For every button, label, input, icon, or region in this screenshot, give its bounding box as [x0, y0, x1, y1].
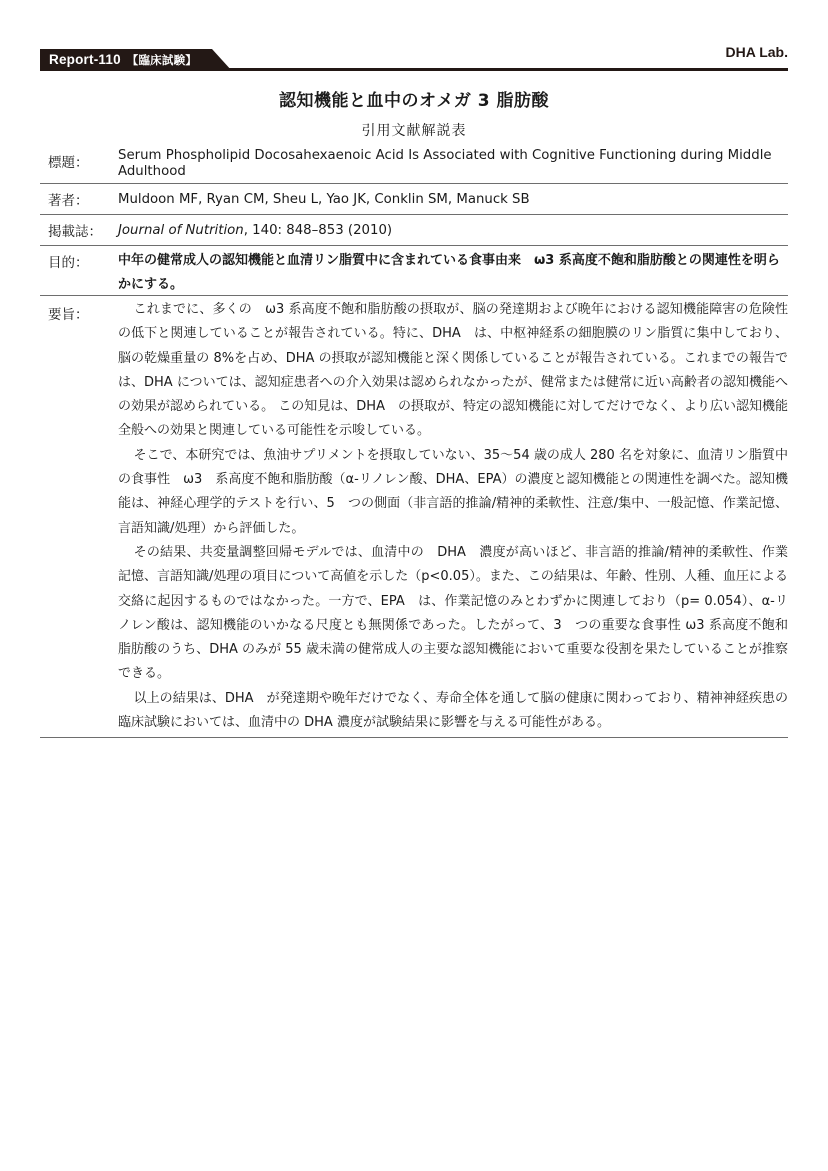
- report-category: 【臨床試験】: [127, 55, 197, 67]
- row-title: 標題： Serum Phospholipid Docosahexaenoic A…: [40, 145, 788, 184]
- summary-paragraph: その結果、共変量調整回帰モデルでは、血清中の DHA 濃度が高いほど、非言語的推…: [118, 541, 788, 687]
- brand-name: DHA Lab.: [726, 44, 788, 60]
- journal-citation: , 140: 848–853 (2010): [244, 223, 392, 238]
- paper-journal: Journal of Nutrition, 140: 848–853 (2010…: [118, 223, 788, 238]
- reference-table: 標題： Serum Phospholipid Docosahexaenoic A…: [40, 145, 788, 738]
- row-label: 掲載誌：: [40, 220, 118, 240]
- paper-authors: Muldoon MF, Ryan CM, Sheu L, Yao JK, Con…: [118, 192, 788, 207]
- row-summary: 要旨： これまでに、多くの ω3 系高度不飽和脂肪酸の摂取が、脳の発達期および晩…: [40, 296, 788, 738]
- row-label: 目的：: [40, 246, 118, 295]
- report-header: Report-110【臨床試験】 DHA Lab.: [40, 49, 788, 71]
- summary-paragraph: これまでに、多くの ω3 系高度不飽和脂肪酸の摂取が、脳の発達期および晩年におけ…: [118, 298, 788, 444]
- row-journal: 掲載誌： Journal of Nutrition, 140: 848–853 …: [40, 215, 788, 246]
- summary-paragraph: そこで、本研究では、魚油サプリメントを摂取していない、35〜54 歳の成人 28…: [118, 444, 788, 541]
- paper-title: Serum Phospholipid Docosahexaenoic Acid …: [118, 145, 788, 183]
- row-purpose: 目的： 中年の健常成人の認知機能と血清リン脂質中に含まれている食事由来 ω3 系…: [40, 246, 788, 296]
- page-title: 認知機能と血中のオメガ 3 脂肪酸: [0, 86, 828, 111]
- summary-paragraph: 以上の結果は、DHA が発達期や晩年だけでなく、寿命全体を通して脳の健康に関わっ…: [118, 687, 788, 736]
- row-label: 標題：: [40, 145, 118, 183]
- journal-name: Journal of Nutrition: [118, 223, 244, 238]
- study-purpose: 中年の健常成人の認知機能と血清リン脂質中に含まれている食事由来 ω3 系高度不飽…: [118, 246, 788, 295]
- row-label: 要旨：: [40, 298, 118, 735]
- report-tab: Report-110【臨床試験】: [40, 49, 232, 71]
- row-authors: 著者： Muldoon MF, Ryan CM, Sheu L, Yao JK,…: [40, 184, 788, 215]
- row-label: 著者：: [40, 189, 118, 209]
- report-id: Report-110: [49, 52, 121, 67]
- page-subtitle: 引用文献解説表: [0, 120, 828, 140]
- study-summary: これまでに、多くの ω3 系高度不飽和脂肪酸の摂取が、脳の発達期および晩年におけ…: [118, 298, 788, 735]
